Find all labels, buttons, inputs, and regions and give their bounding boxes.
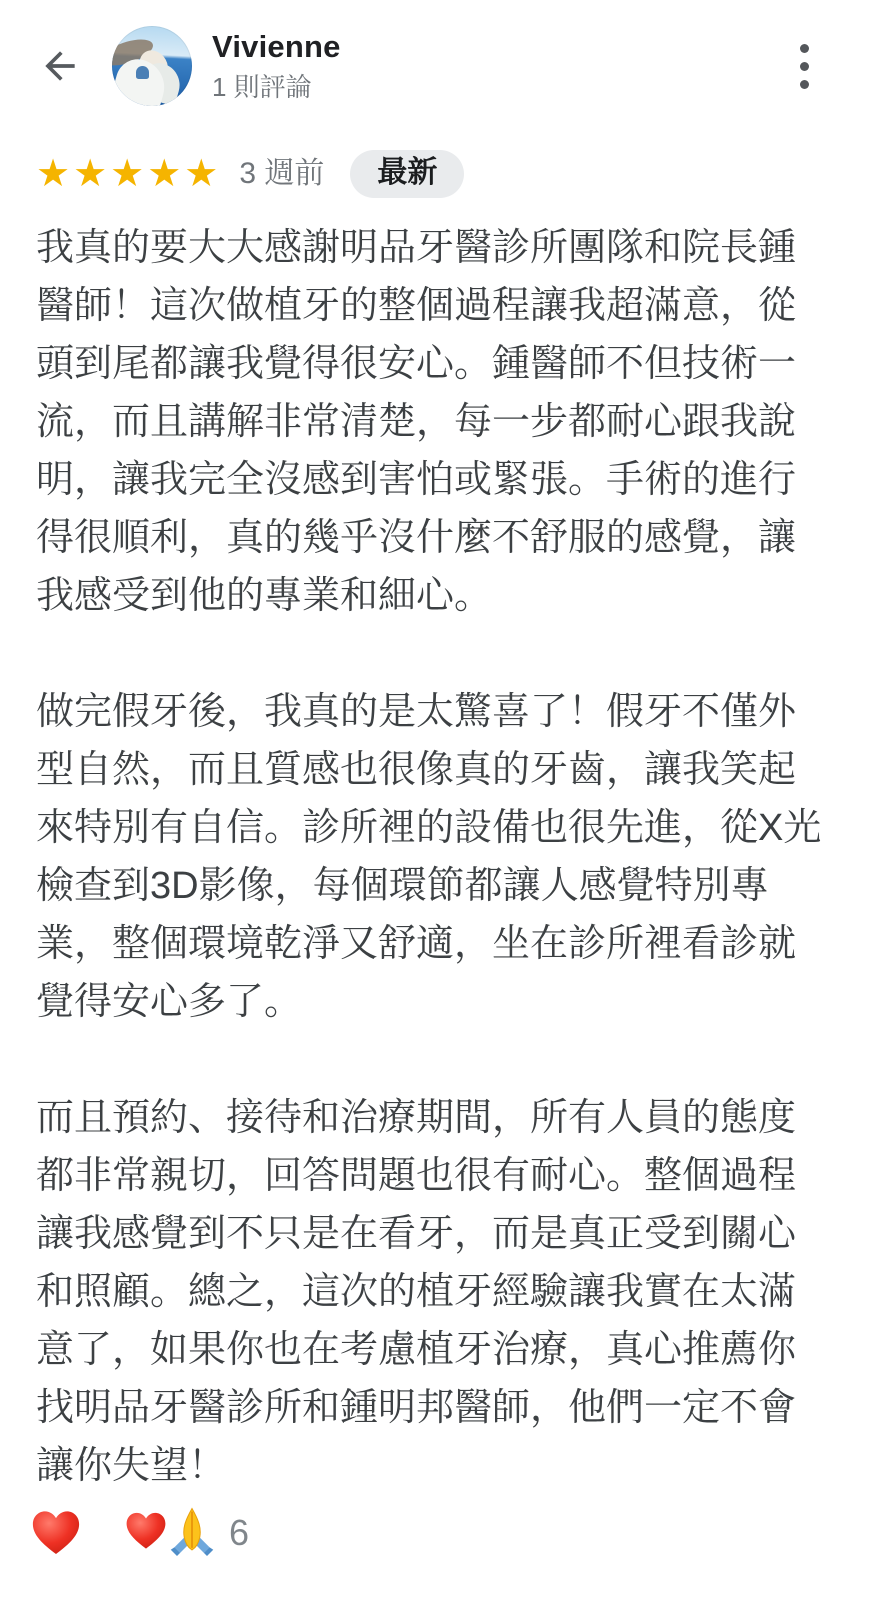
arrow-left-icon <box>38 44 82 88</box>
avatar-photo-detail <box>136 66 149 79</box>
three-dot-menu-icon <box>800 62 809 71</box>
back-button[interactable] <box>36 42 84 90</box>
reviewer-review-count: 1 則評論 <box>212 73 341 103</box>
red-heart-emoji-icon <box>124 1511 168 1554</box>
newest-badge: 最新 <box>350 150 464 198</box>
more-options-button[interactable] <box>794 38 815 95</box>
three-dot-menu-icon <box>800 80 809 89</box>
reviewer-name: Vivienne <box>212 29 341 65</box>
red-heart-emoji-icon <box>30 1509 82 1557</box>
star-rating: ★★★★★ <box>36 155 221 193</box>
review-paragraph: 做完假牙後，我真的是太驚喜了！假牙不僅外型自然，而且質感也很像真的牙齒，讓我笑起… <box>36 683 829 1031</box>
review-date: 3 週前 <box>239 159 324 189</box>
rating-row: ★★★★★ 3 週前 最新 <box>36 150 833 198</box>
review-paragraph: 我真的要大大感謝明品牙醫診所團隊和院長鍾醫師！這次做植牙的整個過程讓我超滿意，從… <box>36 219 829 625</box>
review-header: Vivienne 1 則評論 <box>0 0 869 106</box>
reviewer-info: Vivienne 1 則評論 <box>212 29 341 103</box>
folded-hands-emoji-icon <box>168 1506 217 1559</box>
reactions-row: 6 <box>30 1506 249 1559</box>
three-dot-menu-icon <box>800 44 809 53</box>
avatar[interactable] <box>112 26 192 106</box>
review-text: 我真的要大大感謝明品牙醫診所團隊和院長鍾醫師！這次做植牙的整個過程讓我超滿意，從… <box>36 219 829 1495</box>
reaction-summary[interactable]: 6 <box>124 1506 249 1559</box>
reaction-count: 6 <box>229 1515 249 1551</box>
heart-react-button[interactable] <box>30 1509 82 1557</box>
review-paragraph: 而且預約、接待和治療期間，所有人員的態度都非常親切，回答問題也很有耐心。整個過程… <box>36 1089 829 1495</box>
